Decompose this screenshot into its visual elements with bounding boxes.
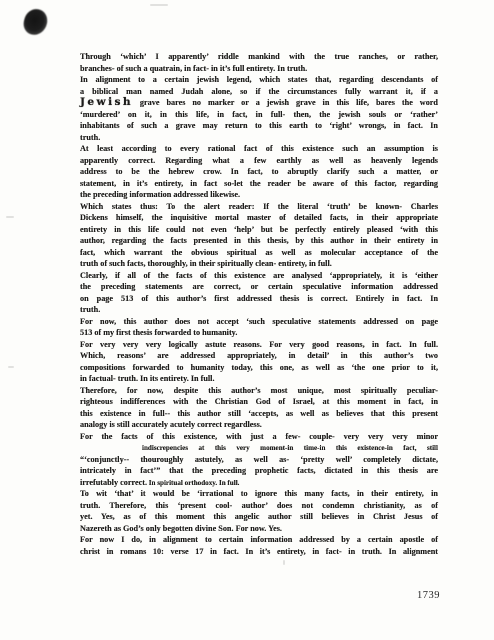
text-line: Jewish grave bares no marker or a jewish…: [80, 97, 438, 109]
text-run: For the facts of this existence, with ju…: [80, 432, 438, 441]
text-line: irrefutably correct. In spiritual orthod…: [80, 477, 438, 489]
text-run: compositions forwarded to humanity today…: [80, 363, 438, 372]
text-line: entirety in this life could not even ‘he…: [80, 224, 438, 236]
hole-punch-mark: [22, 7, 50, 37]
text-run: the preceding information addressed like…: [80, 190, 240, 199]
text-run: truth of such facts, thoroughly, in thei…: [80, 259, 332, 268]
text-run: Therefore, for now, despite this author’…: [80, 386, 438, 395]
text-line: To wit ‘that’ it would be ‘irrational to…: [80, 488, 438, 500]
text-run: In alignment to a certain jewish legend,…: [80, 75, 438, 84]
text-line: Nazereth as God’s only begotten divine S…: [80, 523, 438, 535]
paragraph: For now, this author does not accept ‘su…: [80, 316, 438, 339]
page-number: 1739: [417, 590, 440, 601]
text-line: branches- of such a quatrain, in fact- i…: [80, 63, 438, 75]
text-run: “‘conjunctly-- thouroughly astutely, as …: [80, 455, 438, 464]
text-line: indiscrepencies at this very moment-in t…: [80, 442, 438, 454]
text-run: In spiritual orthodoxy. In full.: [147, 479, 239, 487]
text-run: Which states thus: To the alert reader: …: [80, 202, 438, 211]
text-line: For now I do, in alignment to certain in…: [80, 534, 438, 546]
scan-artifact: [8, 366, 14, 368]
paragraph: For now I do, in alignment to certain in…: [80, 534, 438, 557]
text-line: Through ‘which’ I apparently’ riddle man…: [80, 51, 438, 63]
text-line: the preceding statements are correct, or…: [80, 281, 438, 293]
text-line: analogy is still accurately acutely corr…: [80, 419, 438, 431]
text-line: address to be the hebrew crow. In fact, …: [80, 166, 438, 178]
text-run: the preceding statements are correct, or…: [80, 282, 438, 291]
text-line: “‘conjunctly-- thouroughly astutely, as …: [80, 454, 438, 466]
text-line: intricately in fact’” that the preceding…: [80, 465, 438, 477]
text-run: truth.: [80, 305, 100, 314]
text-run: To wit ‘that’ it would be ‘irrational to…: [80, 489, 438, 498]
text-line: Therefore, for now, despite this author’…: [80, 385, 438, 397]
paragraph: At least according to every rational fac…: [80, 143, 438, 201]
fancy-word: Jewish: [80, 96, 133, 108]
text-line: a biblical man named Judah alone, so if …: [80, 86, 438, 98]
text-line: 513 of my first thesis forwarded to huma…: [80, 327, 438, 339]
text-line: inhabitants of such a grave may return t…: [80, 120, 438, 132]
text-run: indiscrepencies at this very moment-in t…: [142, 444, 438, 452]
text-line: in factual- truth. In its entirety. In f…: [80, 373, 438, 385]
text-run: yet. Yes, as of this moment this angelic…: [80, 512, 438, 521]
text-run: apparently correct. Regarding what a few…: [80, 156, 438, 165]
text-run: on page 513 of this author’s first addre…: [80, 294, 438, 303]
text-line: compositions forwarded to humanity today…: [80, 362, 438, 374]
text-run: branches- of such a quatrain, in fact- i…: [80, 64, 307, 73]
text-line: truth.: [80, 132, 438, 144]
text-line: truth of such facts, thoroughly, in thei…: [80, 258, 438, 270]
text-line: the preceding information addressed like…: [80, 189, 438, 201]
text-run: irrefutably correct.: [80, 478, 147, 487]
text-line: fact, which warrant the obvious spiritua…: [80, 247, 438, 259]
text-line: At least according to every rational fac…: [80, 143, 438, 155]
text-run: entirety in this life could not even ‘he…: [80, 225, 438, 234]
text-line: Clearly, if all of the facts of this exi…: [80, 270, 438, 282]
document-page: Through ‘which’ I apparently’ riddle man…: [0, 0, 494, 640]
text-run: grave bares no marker or a jewish grave …: [133, 98, 438, 107]
text-run: Through ‘which’ I apparently’ riddle man…: [80, 52, 438, 61]
text-line: author, regarding the facts presented in…: [80, 235, 438, 247]
text-line: on page 513 of this author’s first addre…: [80, 293, 438, 305]
text-line: For now, this author does not accept ‘su…: [80, 316, 438, 328]
paragraph: For very very very logically astute reas…: [80, 339, 438, 351]
text-line: righteous indifferences with the Christi…: [80, 396, 438, 408]
text-line: Which, reasons’ are addressed appropriat…: [80, 350, 438, 362]
text-line: this existence in full-- this author sti…: [80, 408, 438, 420]
text-run: this existence in full-- this author sti…: [80, 409, 438, 418]
text-run: righteous indifferences with the Christi…: [80, 397, 438, 406]
text-run: analogy is still accurately acutely corr…: [80, 420, 262, 429]
text-run: intricately in fact’” that the preceding…: [80, 466, 438, 475]
text-line: For very very very logically astute reas…: [80, 339, 438, 351]
scan-artifact: [6, 216, 14, 218]
paragraph: Clearly, if all of the facts of this exi…: [80, 270, 438, 316]
text-line: For the facts of this existence, with ju…: [80, 431, 438, 443]
scan-artifact: [283, 560, 285, 565]
text-run: a biblical man named Judah alone, so if …: [80, 87, 438, 96]
text-run: For now I do, in alignment to certain in…: [80, 535, 438, 544]
text-line: ‘murdered’ on it, in this life, in fact,…: [80, 109, 438, 121]
text-run: For now, this author does not accept ‘su…: [80, 317, 438, 326]
paragraph: Through ‘which’ I apparently’ riddle man…: [80, 51, 438, 74]
text-line: truth.: [80, 304, 438, 316]
text-run: inhabitants of such a grave may return t…: [80, 121, 438, 130]
text-line: truth. Therefore, this ‘present cool- au…: [80, 500, 438, 512]
text-run: author, regarding the facts presented in…: [80, 236, 438, 245]
paragraph: Which states thus: To the alert reader: …: [80, 201, 438, 270]
page-text: Through ‘which’ I apparently’ riddle man…: [80, 51, 438, 557]
text-line: christ in romans 10: verse 17 in fact. I…: [80, 546, 438, 558]
text-run: ‘murdered’ on it, in this life, in fact,…: [80, 110, 438, 119]
paragraph: Therefore, for now, despite this author’…: [80, 385, 438, 431]
text-run: Dickens himself, the inquisitive mortal …: [80, 213, 438, 222]
text-run: Which, reasons’ are addressed appropriat…: [80, 351, 438, 360]
paragraph: To wit ‘that’ it would be ‘irrational to…: [80, 488, 438, 534]
text-run: in factual- truth. In its entirety. In f…: [80, 374, 215, 383]
paragraph: Which, reasons’ are addressed appropriat…: [80, 350, 438, 385]
text-run: statement, in it’s entirety, in fact so-…: [80, 179, 438, 188]
text-run: truth.: [80, 133, 100, 142]
text-line: Dickens himself, the inquisitive mortal …: [80, 212, 438, 224]
text-run: Clearly, if all of the facts of this exi…: [80, 271, 438, 280]
text-run: Nazereth as God’s only begotten divine S…: [80, 524, 282, 533]
text-run: truth. Therefore, this ‘present cool- au…: [80, 501, 438, 510]
text-line: statement, in it’s entirety, in fact so-…: [80, 178, 438, 190]
text-line: Which states thus: To the alert reader: …: [80, 201, 438, 213]
text-run: christ in romans 10: verse 17 in fact. I…: [80, 547, 438, 556]
text-run: address to be the hebrew crow. In fact, …: [80, 167, 438, 176]
text-line: yet. Yes, as of this moment this angelic…: [80, 511, 438, 523]
text-run: 513 of my first thesis forwarded to huma…: [80, 328, 237, 337]
scan-artifact: [150, 4, 168, 6]
paragraph: For the facts of this existence, with ju…: [80, 431, 438, 489]
text-run: fact, which warrant the obvious spiritua…: [80, 248, 438, 257]
text-line: apparently correct. Regarding what a few…: [80, 155, 438, 167]
text-run: For very very very logically astute reas…: [80, 340, 438, 349]
paragraph: In alignment to a certain jewish legend,…: [80, 74, 438, 143]
text-line: In alignment to a certain jewish legend,…: [80, 74, 438, 86]
text-run: At least according to every rational fac…: [80, 144, 438, 153]
